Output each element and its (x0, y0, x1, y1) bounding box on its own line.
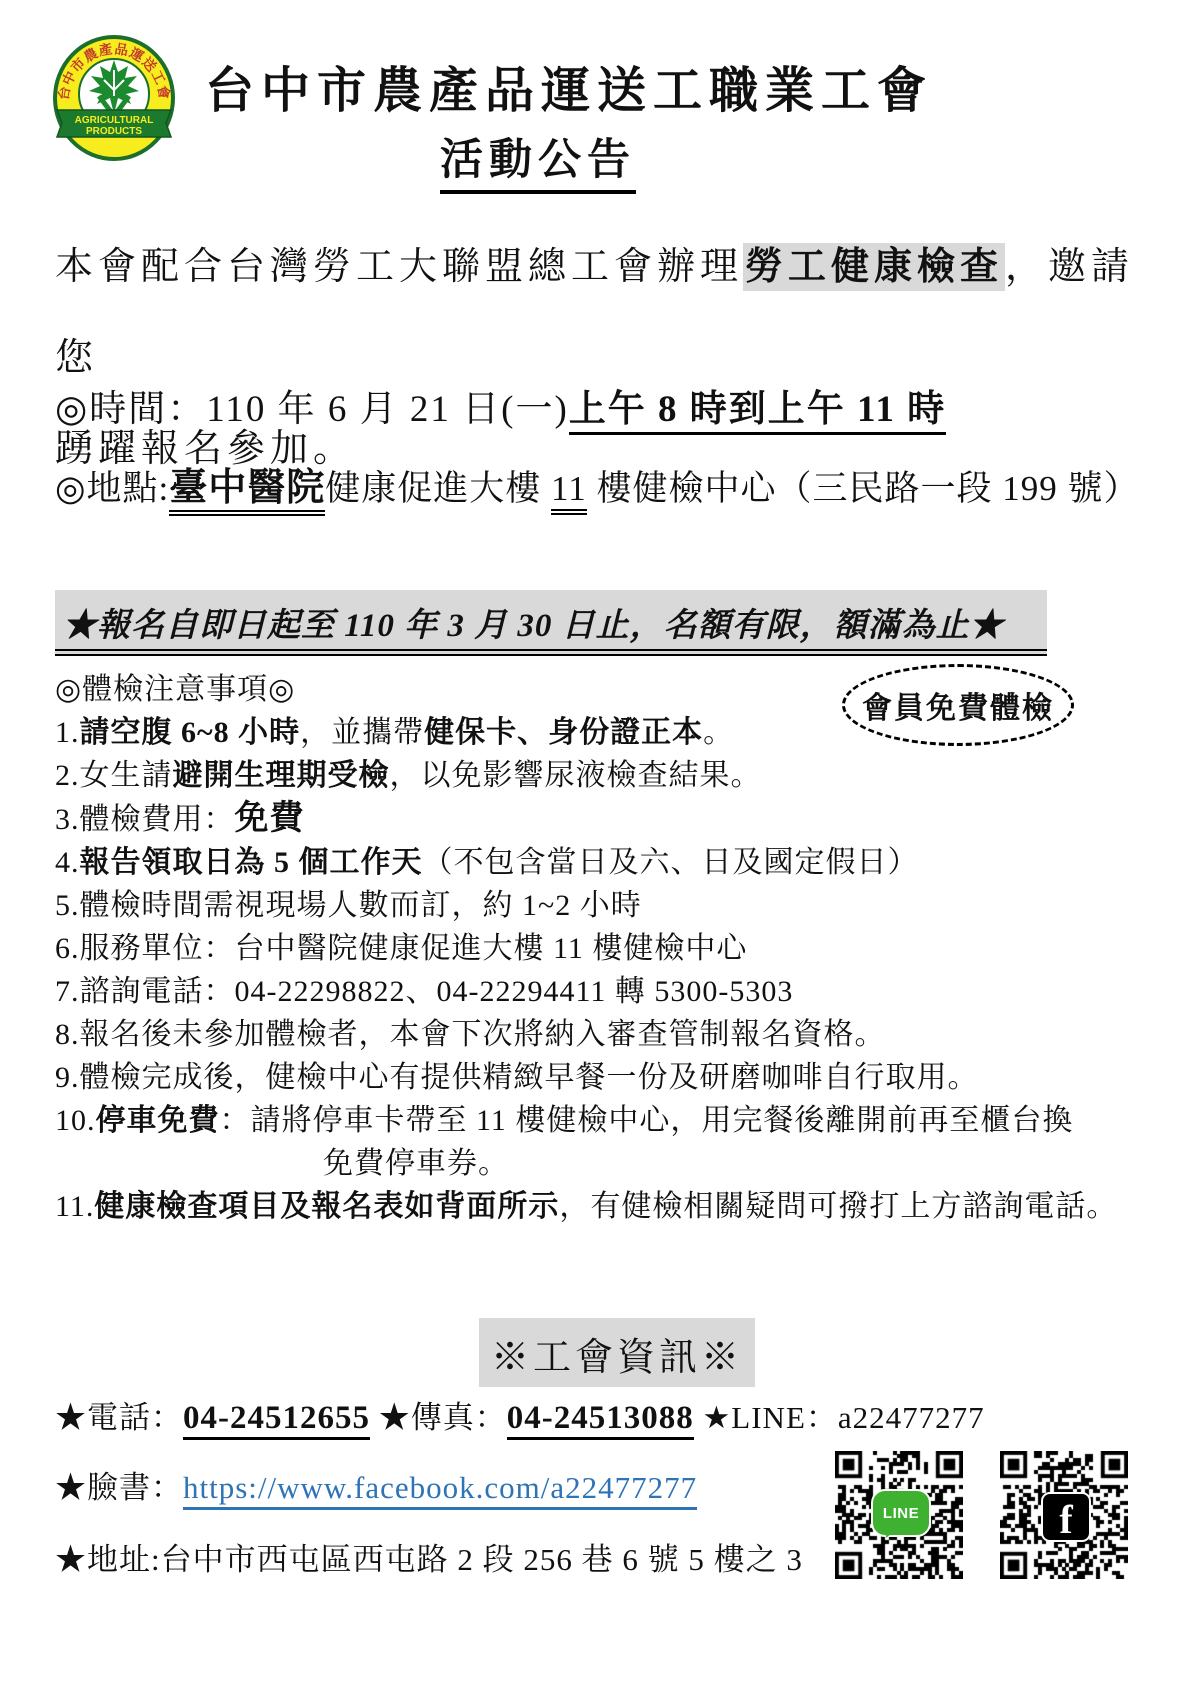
note-item-10: 10.停車免費：請將停車卡帶至 11 樓健檢中心，用完餐後離開前再至櫃台換 (55, 1099, 1160, 1142)
note-text: 避開生理期受檢 (173, 759, 390, 792)
note-number: 6. (55, 932, 80, 965)
line-qr-code: LINE (835, 1451, 963, 1579)
fax-number: 04-24513088 (507, 1400, 694, 1440)
note-item-7: 7.諮詢電話：04-22298822、04-22294411 轉 5300-53… (55, 970, 1160, 1013)
facebook-link[interactable]: https://www.facebook.com/a22477277 (183, 1470, 697, 1510)
place-hospital: 臺中醫院 (169, 467, 325, 516)
note-item-5: 5.體檢時間需視現場人數而訂，約 1~2 小時 (55, 884, 1160, 927)
place-mid: 健康促進大樓 (325, 469, 551, 508)
note-item-6: 6.服務單位：台中醫院健康促進大樓 11 樓健檢中心 (55, 927, 1160, 970)
line-logo-text: LINE (883, 1505, 919, 1522)
facebook-line: ★臉書：https://www.facebook.com/a22477277 (55, 1462, 697, 1507)
union-logo: 台中市農產品運送工會 AGRICULTURAL PRODUCTS (52, 34, 176, 166)
note-text: 免費停車券。 (323, 1147, 509, 1180)
registration-deadline-banner: ★報名自即日起至 110 年 3 月 30 日止，名額有限，額滿為止★ (55, 590, 1047, 656)
note-number: 8. (55, 1018, 80, 1051)
note-text: 體檢費用： (80, 803, 235, 836)
note-text: （不包含當日及六、日及國定假日） (423, 846, 919, 879)
note-item-1: 1.請空腹 6~8 小時，並攜帶健保卡、身份證正本。 (55, 711, 1160, 754)
note-text: 報告領取日為 5 個工作天 (80, 846, 423, 879)
note-text: 服務單位：台中醫院健康促進大樓 11 樓健檢中心 (80, 932, 748, 965)
note-text-fee: 免費 (235, 800, 305, 837)
note-text: 體檢時間需視現場人數而訂，約 1~2 小時 (80, 889, 642, 922)
line-id: a22477277 (838, 1400, 985, 1435)
note-item-2: 2.女生請避開生理期受檢，以免影響尿液檢查結果。 (55, 754, 1160, 797)
logo-ribbon-text-2: PRODUCTS (86, 126, 142, 137)
note-number: 9. (55, 1061, 80, 1094)
note-item-4: 4.報告領取日為 5 個工作天（不包含當日及六、日及國定假日） (55, 841, 1160, 884)
note-number: 1. (55, 716, 80, 749)
note-text: 健康檢查項目及報名表如背面所示 (94, 1190, 559, 1223)
line-label: ★LINE： (694, 1400, 838, 1435)
note-number: 3. (55, 803, 80, 836)
notes-section: ◎體檢注意事項◎ 1.請空腹 6~8 小時，並攜帶健保卡、身份證正本。 2.女生… (55, 668, 1160, 1228)
fax-label: ★傳真： (370, 1400, 507, 1435)
time-emphasis: 上午 8 時到上午 11 時 (569, 389, 946, 435)
line-logo-icon: LINE (871, 1489, 931, 1537)
note-text: 健保卡、身份證正本 (424, 716, 703, 749)
note-number: 10. (55, 1104, 96, 1137)
place-prefix: ◎地點: (55, 469, 169, 508)
place-line: ◎地點:臺中醫院健康促進大樓 11 樓健檢中心（三民路一段 199 號） (55, 456, 1140, 511)
phone-fax-line-line: ★電話：04-24512655 ★傳真：04-24513088 ★LINE：a2… (55, 1392, 985, 1437)
note-text: 報名後未參加體檢者，本會下次將納入審查管制報名資格。 (80, 1018, 886, 1051)
flyer-page: 台中市農產品運送工會 AGRICULTURAL PRODUCTS 台中市農產品運… (0, 0, 1200, 1697)
address-line: ★地址:台中市西屯區西屯路 2 段 256 巷 6 號 5 樓之 3 (55, 1534, 803, 1579)
phone-label: ★電話： (55, 1400, 183, 1435)
note-text: 請空腹 6~8 小時 (80, 716, 301, 749)
phone-number: 04-24512655 (183, 1400, 370, 1440)
time-prefix: ◎時間：110 年 6 月 21 日(一) (55, 389, 569, 430)
note-text: 停車免費 (96, 1104, 220, 1137)
note-number: 4. (55, 846, 80, 879)
note-number: 2. (55, 759, 80, 792)
logo-ribbon-text-1: AGRICULTURAL (75, 115, 154, 126)
note-item-3: 3.體檢費用：免費 (55, 797, 1160, 841)
note-text: 體檢完成後，健檢中心有提供精緻早餐一份及研磨咖啡自行取用。 (80, 1061, 979, 1094)
facebook-qr-code: f (1000, 1451, 1128, 1579)
intro-paragraph: 本會配合台灣勞工大聯盟總工會辦理勞工健康檢查，邀請您踴躍報名參加。 (55, 222, 1160, 495)
note-text: 諮詢電話：04-22298822、04-22294411 轉 5300-5303 (80, 975, 794, 1008)
note-number: 11. (55, 1190, 94, 1223)
place-suffix: 樓健檢中心（三民路一段 199 號） (587, 469, 1140, 508)
page-subtitle: 活動公告 (440, 126, 636, 194)
note-text: ，以免影響尿液檢查結果。 (390, 759, 762, 792)
note-item-10-continued: 免費停車券。 (55, 1142, 1160, 1185)
note-item-8: 8.報名後未參加體檢者，本會下次將納入審查管制報名資格。 (55, 1013, 1160, 1056)
note-text: ，有健檢相關疑問可撥打上方諮詢電話。 (559, 1190, 1117, 1223)
note-number: 5. (55, 889, 80, 922)
facebook-logo-icon: f (1041, 1492, 1091, 1542)
note-text: ，並攜帶 (300, 716, 424, 749)
note-item-9: 9.體檢完成後，健檢中心有提供精緻早餐一份及研磨咖啡自行取用。 (55, 1056, 1160, 1099)
intro-highlight: 勞工健康檢查 (743, 243, 1005, 291)
facebook-label: ★臉書： (55, 1470, 183, 1505)
note-text: 。 (703, 716, 734, 749)
intro-text: 本會配合台灣勞工大聯盟總工會辦理 (55, 246, 743, 288)
place-floor: 11 (551, 469, 587, 515)
note-text: ：請將停車卡帶至 11 樓健檢中心，用完餐後離開前再至櫃台換 (220, 1104, 1074, 1137)
note-text: 女生請 (80, 759, 173, 792)
note-number: 7. (55, 975, 80, 1008)
union-info-heading: ※工會資訊※ (479, 1318, 755, 1387)
facebook-logo-letter: f (1059, 1500, 1072, 1540)
notes-heading: ◎體檢注意事項◎ (55, 668, 1160, 711)
note-item-11: 11.健康檢查項目及報名表如背面所示，有健檢相關疑問可撥打上方諮詢電話。 (55, 1185, 1160, 1228)
time-line: ◎時間：110 年 6 月 21 日(一)上午 8 時到上午 11 時 (55, 378, 946, 432)
page-title: 台中市農產品運送工職業工會 (205, 52, 933, 122)
